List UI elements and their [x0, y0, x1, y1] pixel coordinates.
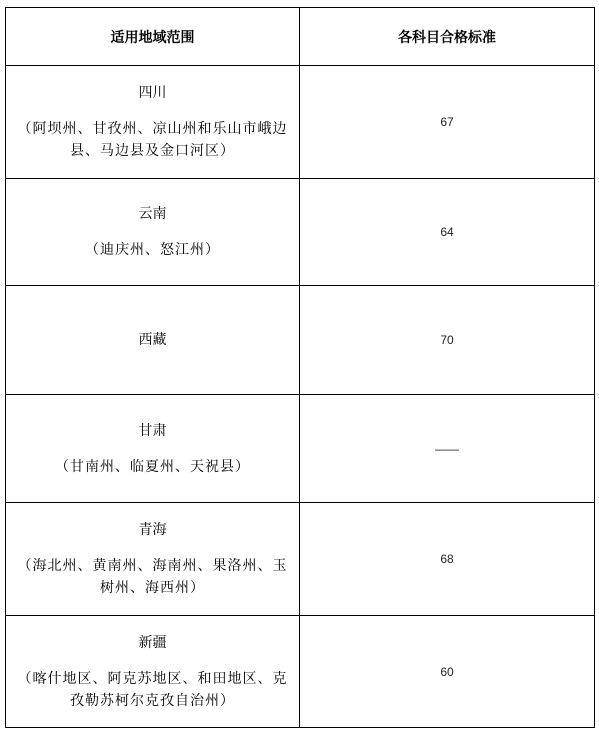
region-detail: （甘南州、临夏州、天祝县）	[14, 456, 291, 478]
header-region-scope: 适用地域范围	[6, 8, 300, 66]
region-name: 新疆	[14, 632, 291, 654]
region-cell: 西藏	[6, 286, 300, 395]
region-detail: （喀什地区、阿克苏地区、和田地区、克孜勒苏柯尔克孜自治州）	[14, 668, 291, 712]
region-cell: 甘肃 （甘南州、临夏州、天祝县）	[6, 395, 300, 503]
score-cell: 64	[300, 179, 595, 286]
region-cell: 新疆 （喀什地区、阿克苏地区、和田地区、克孜勒苏柯尔克孜自治州）	[6, 616, 300, 728]
region-detail: （阿坝州、甘孜州、凉山州和乐山市峨边县、马边县及金口河区）	[14, 118, 291, 162]
region-name: 西藏	[14, 329, 291, 351]
region-name: 甘肃	[14, 420, 291, 442]
region-name: 青海	[14, 519, 291, 541]
score-cell: 70	[300, 286, 595, 395]
passing-standards-table: 适用地域范围 各科目合格标准 四川 （阿坝州、甘孜州、凉山州和乐山市峨边县、马边…	[5, 7, 595, 728]
table-row: 四川 （阿坝州、甘孜州、凉山州和乐山市峨边县、马边县及金口河区） 67	[6, 66, 595, 179]
table-row: 青海 （海北州、黄南州、海南州、果洛州、玉树州、海西州） 68	[6, 503, 595, 616]
table-row: 云南 （迪庆州、怒江州） 64	[6, 179, 595, 286]
region-detail: （迪庆州、怒江州）	[14, 239, 291, 261]
table-row: 新疆 （喀什地区、阿克苏地区、和田地区、克孜勒苏柯尔克孜自治州） 60	[6, 616, 595, 728]
region-cell: 云南 （迪庆州、怒江州）	[6, 179, 300, 286]
region-detail: （海北州、黄南州、海南州、果洛州、玉树州、海西州）	[14, 555, 291, 599]
score-cell: 68	[300, 503, 595, 616]
region-name: 云南	[14, 203, 291, 225]
region-name: 四川	[14, 82, 291, 104]
score-cell: 67	[300, 66, 595, 179]
score-cell: 60	[300, 616, 595, 728]
table-row: 西藏 70	[6, 286, 595, 395]
region-cell: 青海 （海北州、黄南州、海南州、果洛州、玉树州、海西州）	[6, 503, 300, 616]
table-header-row: 适用地域范围 各科目合格标准	[6, 8, 595, 66]
table-row: 甘肃 （甘南州、临夏州、天祝县） ——	[6, 395, 595, 503]
region-cell: 四川 （阿坝州、甘孜州、凉山州和乐山市峨边县、马边县及金口河区）	[6, 66, 300, 179]
score-cell: ——	[300, 395, 595, 503]
header-passing-standard: 各科目合格标准	[300, 8, 595, 66]
